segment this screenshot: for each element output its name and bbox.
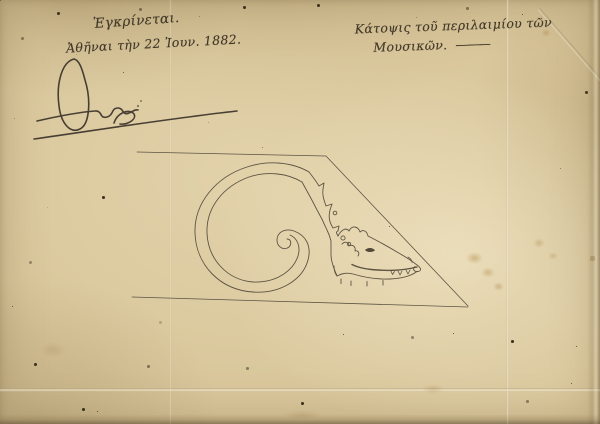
trapezoid-bottom-line <box>132 297 468 307</box>
stain-blotch <box>548 252 558 260</box>
stain-blotch <box>422 384 444 394</box>
signature-flourish <box>25 50 245 150</box>
ornament-drawing <box>95 140 485 320</box>
fold-crease-horizontal-bottom <box>0 388 600 392</box>
caption-dash: ——— <box>455 36 490 52</box>
signature-dot <box>137 105 139 107</box>
eye <box>365 248 375 252</box>
stain-blotch <box>493 282 504 291</box>
fold-crease-vertical-right <box>506 0 509 424</box>
serpent-lower-jaw <box>334 266 417 279</box>
caption-note: Κάτοψις τοῦ περιλαιμίου τῶν Μουσικῶν.——— <box>354 13 552 58</box>
mouth-slit <box>352 265 417 271</box>
trapezoid-top-and-diagonal <box>137 152 468 306</box>
paper-edge-right-shadow <box>587 0 600 424</box>
paper-edge-bottom-shadow <box>0 414 600 424</box>
approval-note-line1: Ἐγκρίνεται. <box>93 10 180 32</box>
neck-knob <box>333 211 337 215</box>
scroll-spiral-outer <box>195 163 309 292</box>
caption-word: Μουσικῶν. <box>373 37 448 55</box>
scroll-spiral-inner <box>207 174 302 282</box>
signature-loop <box>58 59 88 130</box>
neck-knob <box>341 236 345 240</box>
signature-dot <box>140 100 142 102</box>
stain-blotch <box>533 238 545 248</box>
caption-line2: Μουσικῶν.——— <box>373 32 553 57</box>
chin-tassels <box>341 279 383 286</box>
stain-blotch <box>40 342 66 358</box>
foxing-specks-rust <box>0 0 1 1</box>
scanned-manuscript-photo: Ἐγκρίνεται. Ἀθῆναι τὴν 22 Ἰουν. 1882. Κά… <box>0 0 600 424</box>
